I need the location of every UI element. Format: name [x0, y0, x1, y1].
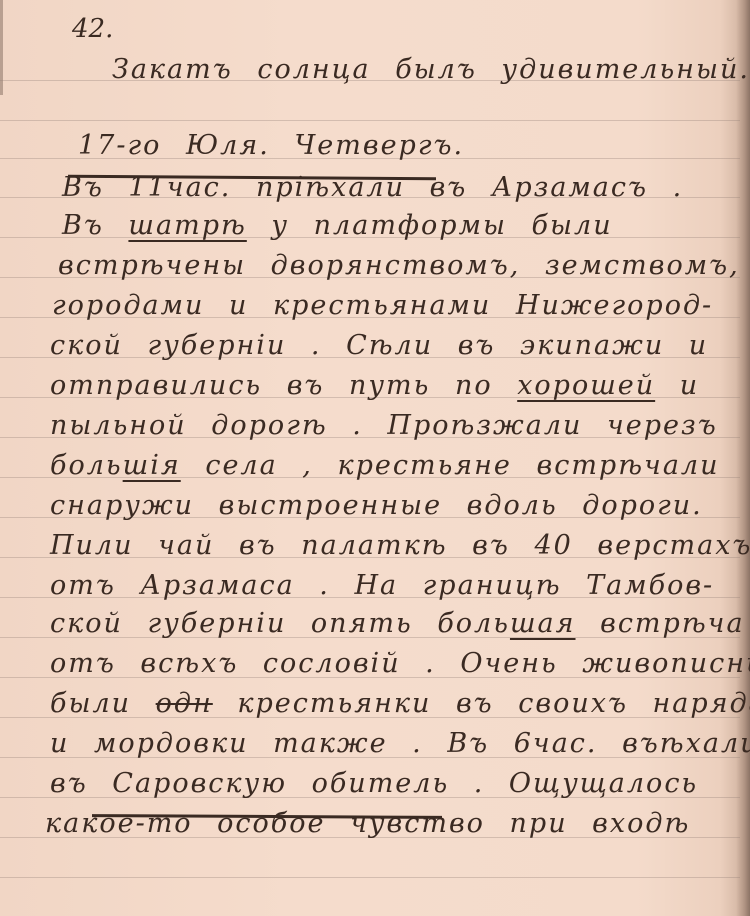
text-line-8: отправились въ путь по хорошей и — [50, 370, 699, 401]
underlined-word: хорошей — [517, 370, 655, 401]
text-line-18: въ Саровскую обитель . Ощущалось — [50, 768, 698, 799]
underlined-word: шатрѣ — [128, 210, 246, 241]
text-line-9: пыльной дорогѣ . Проѣзжали черезъ — [50, 410, 718, 441]
text-line-13: отъ Арзамаса . На границѣ Тамбов- — [50, 570, 714, 601]
ruled-line — [0, 120, 740, 121]
text-line-5: встрѣчены дворянствомъ, земствомъ, — [58, 250, 740, 281]
text-line-14: ской губерніи опять большая встрѣча — [50, 608, 745, 639]
struck-out-word: одн — [156, 688, 213, 719]
text-line-4: Въ шатрѣ у платформы были — [62, 210, 613, 241]
text-line-15: отъ всѣхъ сословій . Очень живописны — [50, 648, 750, 679]
text-line-6: городами и крестьянами Нижегород- — [52, 290, 713, 321]
text-line-17: и мордовки также . Въ 6час. въѣхали — [50, 728, 750, 759]
underlined-word: шая — [510, 608, 576, 639]
underlined-place-name: Саровскую обитель — [112, 768, 449, 799]
underlined-word: шія — [123, 450, 181, 481]
text-line-7: ской губерніи . Сѣли въ экипажи и — [50, 330, 708, 361]
text-line-12: Пили чай въ палаткѣ въ 40 верстахъ — [50, 530, 750, 561]
text-line-16: были одн крестьянки въ своихъ нарядахъ — [50, 688, 750, 719]
text-line-1: Закатъ солнца былъ удивительный. — [112, 54, 750, 85]
text-line-10: большія села , крестьяне встрѣчали — [50, 450, 720, 481]
page-gutter-shadow — [736, 0, 750, 916]
text-line-19: какое-то особое чувство при входѣ — [45, 808, 690, 839]
text-line-3: Въ 11час. пріѣхали въ Арзамасъ . — [62, 172, 683, 203]
ruled-line — [0, 877, 740, 878]
date-heading: 17-го Юля. Четвергъ. — [78, 130, 464, 161]
page-number: 42. — [72, 14, 113, 44]
text-line-11: снаружи выстроенные вдоль дороги. — [50, 490, 703, 521]
diary-page: 42. Закатъ солнца былъ удивительный. 17-… — [0, 0, 750, 916]
